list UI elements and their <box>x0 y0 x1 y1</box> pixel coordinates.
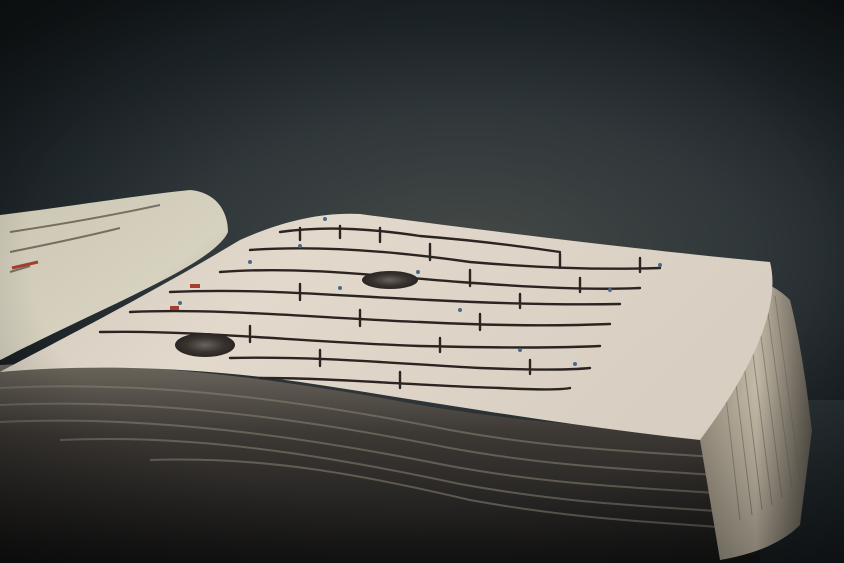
manuscript-illustration <box>0 0 844 563</box>
photo-scene: Open ancient Quran manuscript with Kufic… <box>0 0 844 563</box>
rosette-verse-marker <box>362 271 418 289</box>
rosette-verse-marker <box>175 333 235 357</box>
